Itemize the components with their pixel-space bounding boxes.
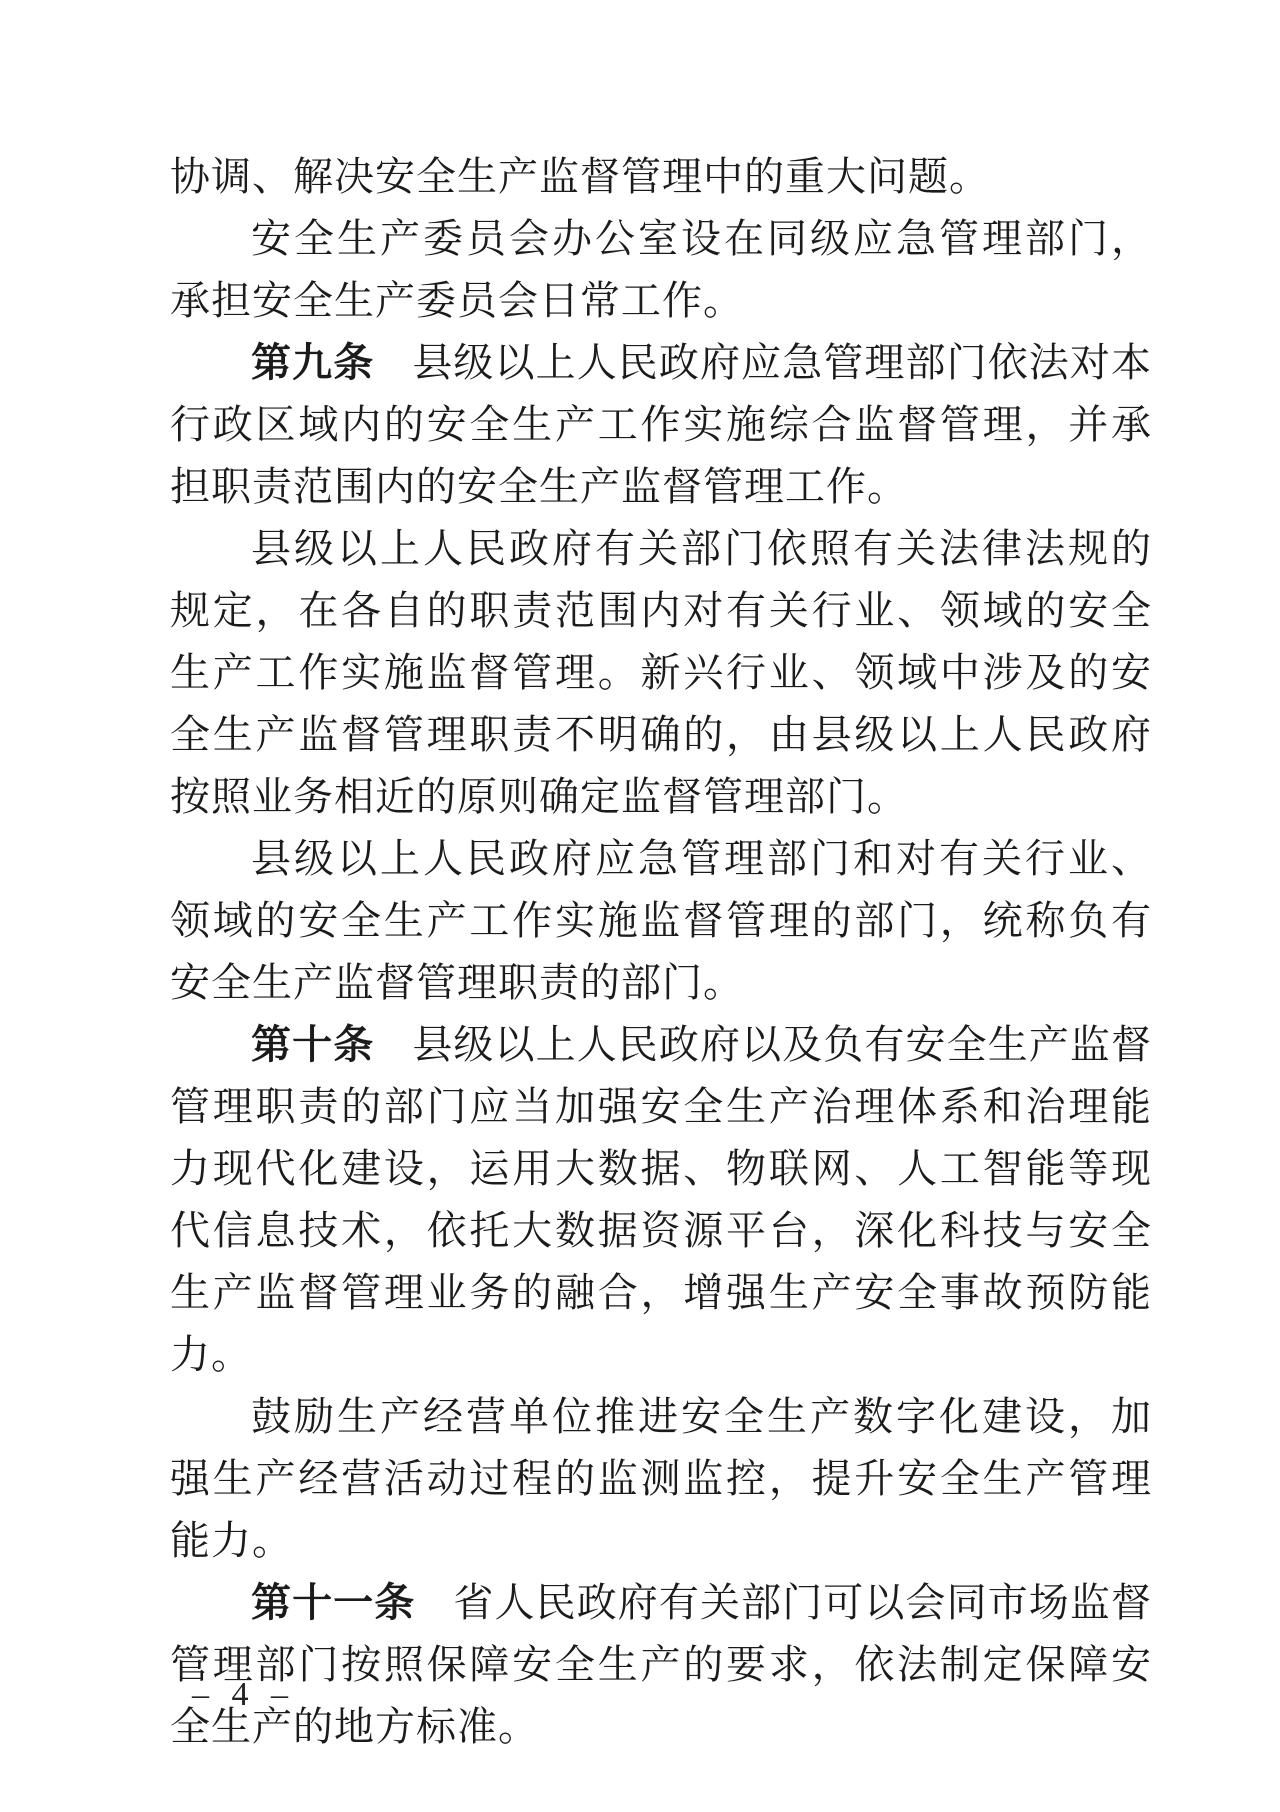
- article-number-label: 第十一条: [251, 1581, 415, 1625]
- paragraph-article-10: 第十条县级以上人民政府以及负有安全生产监督管理职责的部门应当加强安全生产治理体系…: [170, 1014, 1152, 1386]
- paragraph-text: 协调、解决安全生产监督管理中的重大问题。: [170, 154, 990, 199]
- page-number-text: – 4 –: [192, 1676, 295, 1713]
- page-number: – 4 –: [192, 1676, 295, 1714]
- paragraph: 安全生产委员会办公室设在同级应急管理部门，承担安全生产委员会日常工作。: [170, 208, 1152, 332]
- paragraph-text: 县级以上人民政府有关部门依照有关法律法规的规定，在各自的职责范围内对有关行业、领…: [170, 526, 1152, 819]
- document-page: 协调、解决安全生产监督管理中的重大问题。 安全生产委员会办公室设在同级应急管理部…: [0, 0, 1280, 1812]
- paragraph: 县级以上人民政府有关部门依照有关法律法规的规定，在各自的职责范围内对有关行业、领…: [170, 518, 1152, 828]
- paragraph-article-9: 第九条县级以上人民政府应急管理部门依法对本行政区域内的安全生产工作实施综合监督管…: [170, 332, 1152, 518]
- document-body: 协调、解决安全生产监督管理中的重大问题。 安全生产委员会办公室设在同级应急管理部…: [170, 146, 1152, 1758]
- article-number-label: 第十条: [251, 1023, 374, 1067]
- paragraph-text: 县级以上人民政府应急管理部门和对有关行业、领域的安全生产工作实施监督管理的部门，…: [170, 836, 1152, 1005]
- paragraph: 鼓励生产经营单位推进安全生产数字化建设，加强生产经营活动过程的监测监控，提升安全…: [170, 1386, 1152, 1572]
- paragraph-text: 鼓励生产经营单位推进安全生产数字化建设，加强生产经营活动过程的监测监控，提升安全…: [170, 1394, 1152, 1563]
- article-number-label: 第九条: [251, 341, 374, 385]
- paragraph-text: 安全生产委员会办公室设在同级应急管理部门，承担安全生产委员会日常工作。: [170, 216, 1152, 323]
- paragraph: 县级以上人民政府应急管理部门和对有关行业、领域的安全生产工作实施监督管理的部门，…: [170, 828, 1152, 1014]
- paragraph-article-11: 第十一条省人民政府有关部门可以会同市场监督管理部门按照保障安全生产的要求，依法制…: [170, 1572, 1152, 1758]
- paragraph-continuation: 协调、解决安全生产监督管理中的重大问题。: [170, 146, 1152, 208]
- paragraph-text: 县级以上人民政府以及负有安全生产监督管理职责的部门应当加强安全生产治理体系和治理…: [170, 1022, 1152, 1377]
